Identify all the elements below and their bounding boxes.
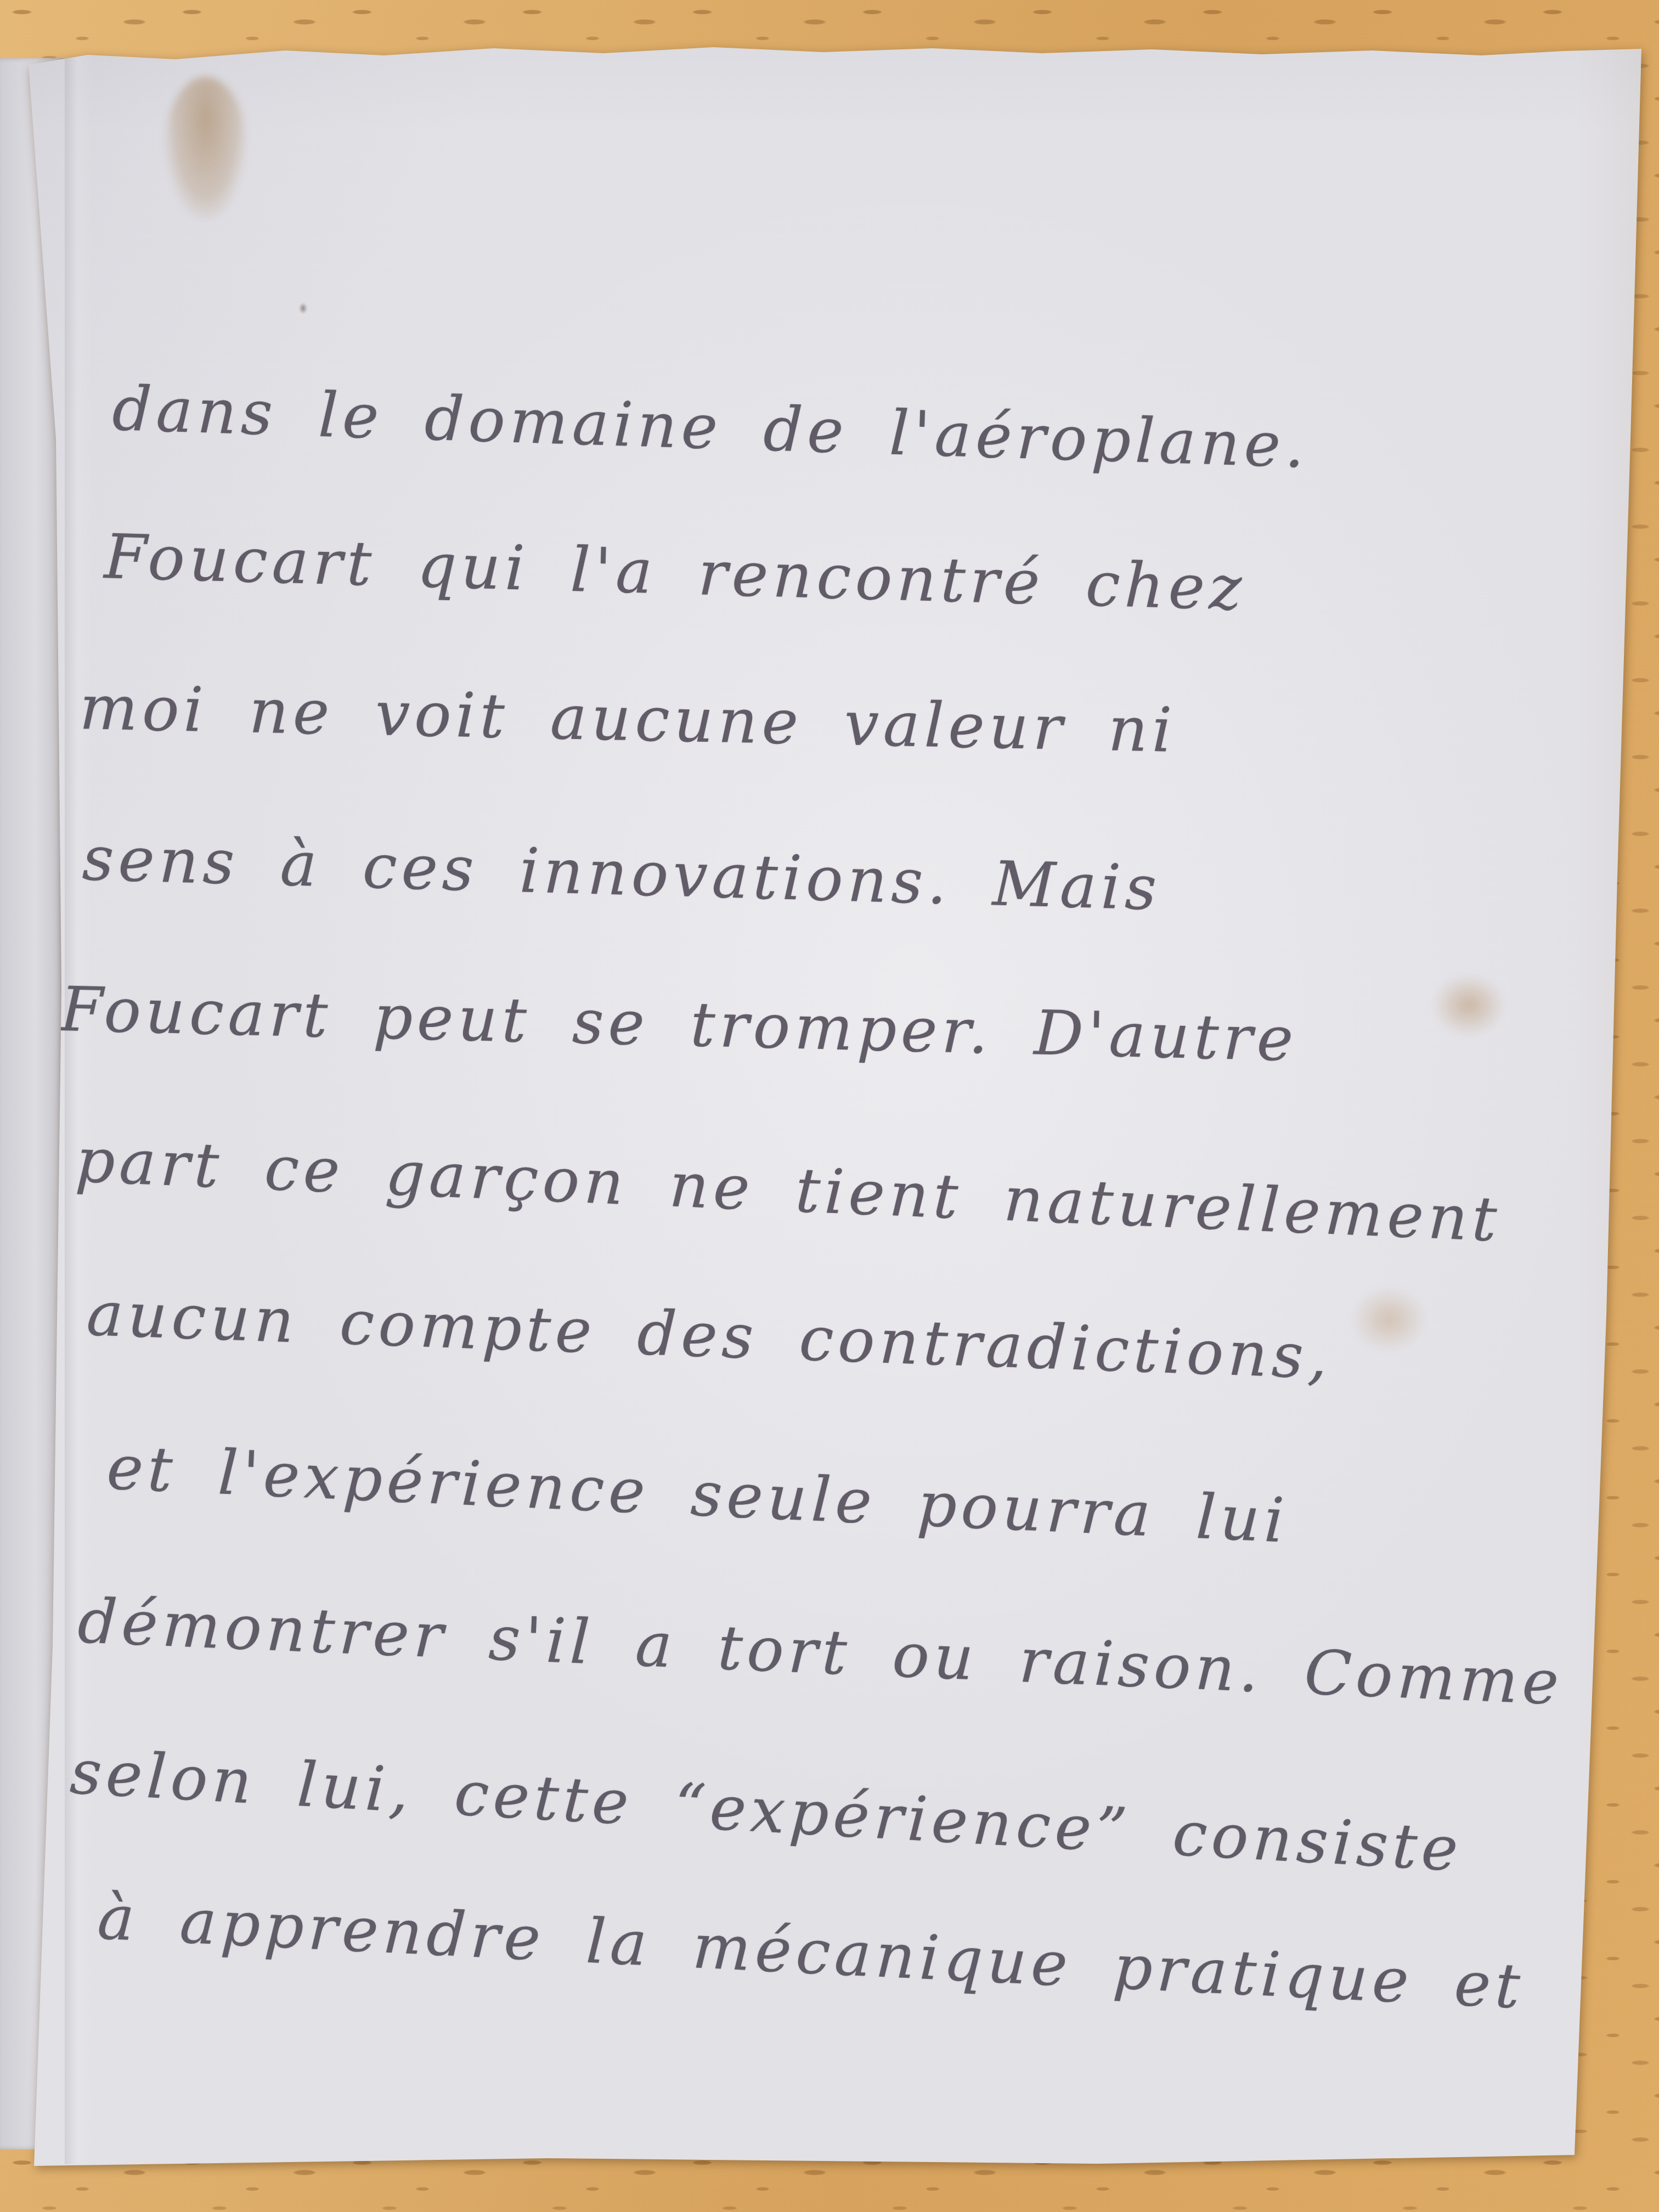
handwriting-line: et l'expérience seule pourra lui — [105, 1432, 1290, 1557]
brown-smudge-stain — [165, 77, 247, 219]
handwriting-line: moi ne voit aucune valeur ni — [79, 672, 1177, 766]
handwriting-line: Foucart peut se tromper. D'autre — [59, 974, 1298, 1075]
handwriting-line: part ce garçon ne tient naturellement — [74, 1125, 1503, 1256]
handwriting-line: Foucart qui l'a rencontré chez — [103, 521, 1247, 624]
handwriting-line: à apprendre la mécanique pratique et — [96, 1882, 1526, 2023]
foxing-stain — [1432, 974, 1506, 1037]
handwriting-line: dans le domaine de l'aéroplane. — [111, 373, 1310, 482]
handwriting-line: selon lui, cette “expérience” consiste — [68, 1736, 1464, 1886]
fold-crease — [65, 52, 93, 2164]
foxing-stain — [1351, 1286, 1427, 1352]
photo-of-handwritten-letter: dans le domaine de l'aéroplane. Foucart … — [0, 0, 1659, 2212]
letter-page: dans le domaine de l'aéroplane. Foucart … — [0, 0, 1659, 2212]
ink-speck — [299, 303, 307, 314]
handwriting-line: démontrer s'il a tort ou raison. Comme — [76, 1585, 1565, 1719]
letter-page-wrapper: dans le domaine de l'aéroplane. Foucart … — [0, 0, 1659, 2212]
handwriting-line: aucun compte des contradictions, — [86, 1278, 1333, 1393]
handwriting-line: sens à ces innovations. Mais — [81, 823, 1162, 924]
